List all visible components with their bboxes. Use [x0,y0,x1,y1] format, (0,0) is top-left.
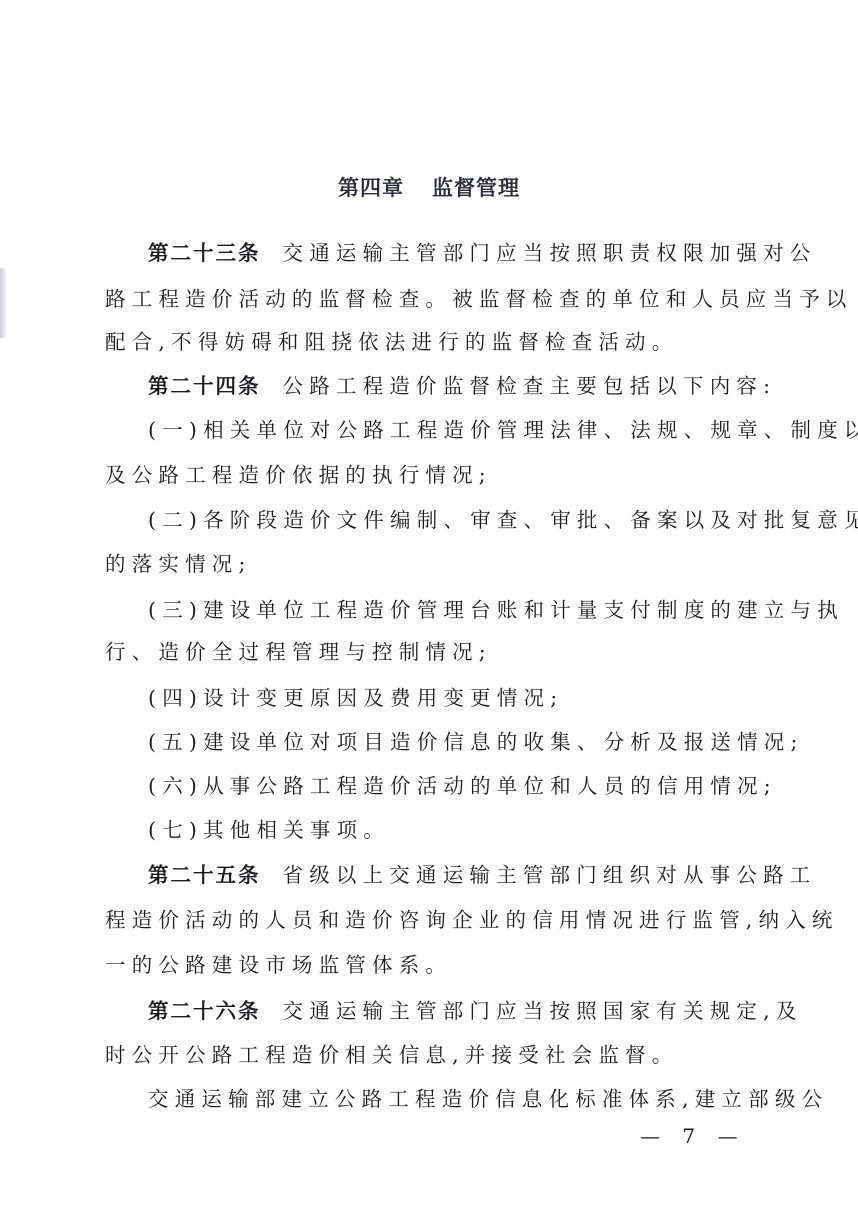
article-26-label: 第二十六条 [148,999,261,1023]
chapter-title: 监督管理 [432,175,520,200]
article-23-line-2: 路工程造价活动的监督检查。被监督检查的单位和人员应当予以 [105,284,745,314]
article-25-line-1: 第二十五条省级以上交通运输主管部门组织对从事公路工 [148,860,748,890]
list-item-4: (四)设计变更原因及费用变更情况; [148,683,748,713]
chapter-heading: 第四章监督管理 [0,172,858,202]
scan-edge-shadow [0,268,6,338]
article-23-line-1: 第二十三条交通运输主管部门应当按照职责权限加强对公 [148,238,748,268]
article-23-label: 第二十三条 [148,241,261,265]
article-26-line-1: 第二十六条交通运输主管部门应当按照国家有关规定,及 [148,996,748,1026]
page-number: — 7 — [640,1124,745,1148]
article-26-line-2: 时公开公路工程造价相关信息,并接受社会监督。 [105,1040,745,1070]
list-item-1-line-2: 及公路工程造价依据的执行情况; [105,460,745,490]
chapter-number: 第四章 [338,175,404,200]
list-item-3-line-1: (三)建设单位工程造价管理台账和计量支付制度的建立与执 [148,595,748,625]
document-page: 第四章监督管理 第二十三条交通运输主管部门应当按照职责权限加强对公 路工程造价活… [0,0,858,1213]
list-item-7: (七)其他相关事项。 [148,815,748,845]
list-item-6: (六)从事公路工程造价活动的单位和人员的信用情况; [148,771,748,801]
article-25-line-3: 一的公路建设市场监管体系。 [105,950,745,980]
list-item-5: (五)建设单位对项目造价信息的收集、分析及报送情况; [148,727,748,757]
list-item-3-line-2: 行、造价全过程管理与控制情况; [105,637,745,667]
article-25-label: 第二十五条 [148,863,261,887]
article-24-label: 第二十四条 [148,374,261,398]
article-25-line-2: 程造价活动的人员和造价咨询企业的信用情况进行监管,纳入统 [105,905,745,935]
article-24-intro: 第二十四条公路工程造价监督检查主要包括以下内容: [148,371,748,401]
list-item-2-line-1: (二)各阶段造价文件编制、审查、审批、备案以及对批复意见 [148,505,748,535]
list-item-2-line-2: 的落实情况; [105,549,745,579]
article-26-para-2: 交通运输部建立公路工程造价信息化标准体系,建立部级公 [148,1084,748,1114]
article-23-line-3: 配合,不得妨碍和阻挠依法进行的监督检查活动。 [105,327,745,357]
list-item-1-line-1: (一)相关单位对公路工程造价管理法律、法规、规章、制度以 [148,415,748,445]
